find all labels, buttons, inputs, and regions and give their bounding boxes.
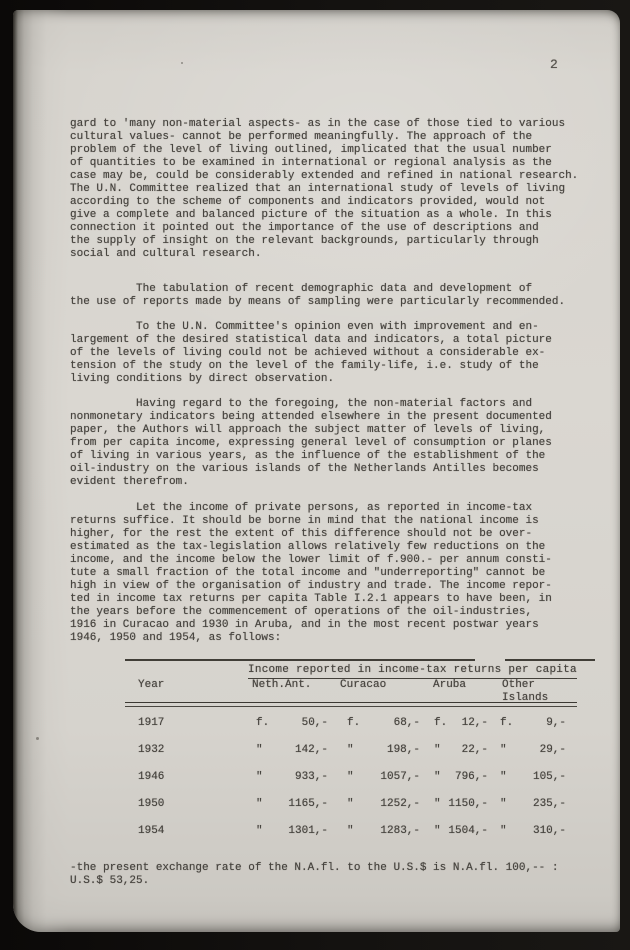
table-row: 1954 "1301,- "1283,- "1504,- "310,- <box>125 825 597 838</box>
cell-year: 1950 <box>138 798 164 811</box>
table-header-double-rule <box>125 702 577 707</box>
cell-value: 1057,- <box>380 771 420 784</box>
page-spine-shadow <box>13 10 69 932</box>
ditto-marker: " <box>500 744 507 757</box>
column-header-year: Year <box>138 679 164 692</box>
cell-aruba: "796,- <box>434 771 488 784</box>
column-header-aruba: Aruba <box>433 679 466 692</box>
ditto-marker: " <box>347 798 354 811</box>
ditto-marker: " <box>500 798 507 811</box>
column-header-other: Other <box>502 679 535 692</box>
paragraph: Let the income of private persons, as re… <box>70 502 585 645</box>
cell-year: 1932 <box>138 744 164 757</box>
scanned-document: 2 gard to 'many non-material aspects- as… <box>0 0 630 950</box>
cell-value: 68,- <box>394 717 420 730</box>
cell-value: 1504,- <box>448 825 488 838</box>
currency-marker: f. <box>347 717 360 730</box>
cell-curacao: "1057,- <box>347 771 420 784</box>
cell-curacao: "198,- <box>347 744 420 757</box>
cell-value: 142,- <box>295 744 328 757</box>
paragraph: gard to 'many non-material aspects- as i… <box>70 118 585 261</box>
cell-value: 50,- <box>302 717 328 730</box>
cell-neth-ant: f.50,- <box>256 717 328 730</box>
cell-value: 1301,- <box>288 825 328 838</box>
ditto-marker: " <box>434 771 441 784</box>
paragraph: The tabulation of recent demographic dat… <box>70 283 585 309</box>
ditto-marker: " <box>256 825 263 838</box>
cell-year: 1946 <box>138 771 164 784</box>
page-number: 2 <box>550 58 558 71</box>
cell-neth-ant: "1301,- <box>256 825 328 838</box>
cell-aruba: f.12,- <box>434 717 488 730</box>
cell-value: 198,- <box>387 744 420 757</box>
cell-other-islands: f.9,- <box>500 717 566 730</box>
cell-value: 796,- <box>455 771 488 784</box>
exchange-rate-footnote: -the present exchange rate of the N.A.fl… <box>70 862 558 888</box>
page-body-text: gard to 'many non-material aspects- as i… <box>70 118 585 657</box>
ditto-marker: " <box>347 744 354 757</box>
cell-value: 12,- <box>462 717 488 730</box>
cell-year: 1917 <box>138 717 164 730</box>
currency-marker: f. <box>500 717 513 730</box>
table-span-header: Income reported in income-tax returns pe… <box>248 664 577 679</box>
cell-other-islands: "235,- <box>500 798 566 811</box>
currency-marker: f. <box>256 717 269 730</box>
table-top-rule-left <box>125 659 475 661</box>
ditto-marker: " <box>256 798 263 811</box>
scan-speck <box>181 62 183 64</box>
cell-aruba: "1504,- <box>434 825 488 838</box>
cell-value: 933,- <box>295 771 328 784</box>
currency-marker: f. <box>434 717 447 730</box>
ditto-marker: " <box>256 771 263 784</box>
cell-aruba: "22,- <box>434 744 488 757</box>
cell-other-islands: "29,- <box>500 744 566 757</box>
cell-curacao: "1252,- <box>347 798 420 811</box>
column-header-neth-ant: Neth.Ant. <box>252 679 311 692</box>
ditto-marker: " <box>434 744 441 757</box>
table-row: 1917 f.50,- f.68,- f.12,- f.9,- <box>125 717 597 730</box>
cell-neth-ant: "933,- <box>256 771 328 784</box>
cell-value: 310,- <box>533 825 566 838</box>
cell-value: 1283,- <box>380 825 420 838</box>
ditto-marker: " <box>256 744 263 757</box>
cell-year: 1954 <box>138 825 164 838</box>
cell-curacao: f.68,- <box>347 717 420 730</box>
cell-neth-ant: "142,- <box>256 744 328 757</box>
paragraph: To the U.N. Committee's opinion even wit… <box>70 321 585 386</box>
paragraph: Having regard to the foregoing, the non-… <box>70 398 585 489</box>
cell-aruba: "1150,- <box>434 798 488 811</box>
cell-value: 29,- <box>540 744 566 757</box>
cell-other-islands: "310,- <box>500 825 566 838</box>
cell-neth-ant: "1165,- <box>256 798 328 811</box>
cell-other-islands: "105,- <box>500 771 566 784</box>
table-row: 1932 "142,- "198,- "22,- "29,- <box>125 744 597 757</box>
ditto-marker: " <box>347 771 354 784</box>
ditto-marker: " <box>500 825 507 838</box>
table-top-rule-right <box>505 659 595 661</box>
cell-value: 105,- <box>533 771 566 784</box>
cell-value: 1252,- <box>380 798 420 811</box>
cell-value: 1165,- <box>288 798 328 811</box>
cell-value: 1150,- <box>448 798 488 811</box>
cell-value: 22,- <box>462 744 488 757</box>
cell-value: 235,- <box>533 798 566 811</box>
table-row: 1946 "933,- "1057,- "796,- "105,- <box>125 771 597 784</box>
cell-value: 9,- <box>546 717 566 730</box>
table-row: 1950 "1165,- "1252,- "1150,- "235,- <box>125 798 597 811</box>
column-header-curacao: Curacao <box>340 679 386 692</box>
cell-curacao: "1283,- <box>347 825 420 838</box>
income-per-capita-table: Income reported in income-tax returns pe… <box>125 659 597 864</box>
ditto-marker: " <box>434 798 441 811</box>
ditto-marker: " <box>347 825 354 838</box>
ditto-marker: " <box>500 771 507 784</box>
ditto-marker: " <box>434 825 441 838</box>
scan-speck <box>36 737 39 740</box>
